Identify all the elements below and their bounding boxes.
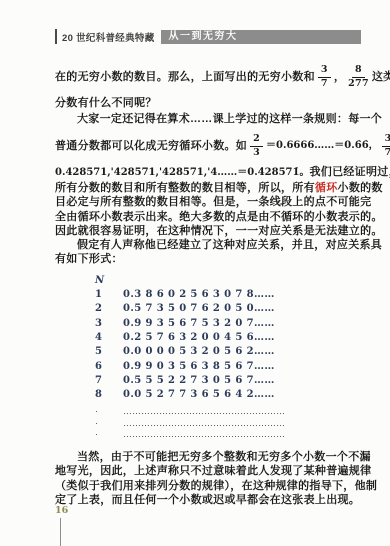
book-page: 20 世纪科普经典特藏 从一到无穷大 在的无穷小数的数目。那么，上面写出的无穷小… bbox=[0, 0, 390, 546]
text-line: （类似于我们用来排列分数的规律），在这种规律的指导下，他制 bbox=[55, 479, 363, 493]
paragraph-2: 大家一定还记得在算术……课上学过的这样一条规则：每一个 普通分数都可以化成无穷循… bbox=[55, 112, 363, 181]
text-line: 在的无穷小数的数目。那么，上面写出的无穷小数和 3 7 ， 8 277 这类 bbox=[55, 62, 363, 92]
table-row: 10.3 8 6 0 2 5 6 3 0 7 8…… bbox=[55, 288, 363, 302]
equation-line: 0.428571,'428571,'428571,'4……＝0.4̇28571̇… bbox=[55, 165, 363, 180]
equation-line: 普通分数都可以化成无穷循环小数。如 2 3 ＝0.6666……＝0.6̇6̇， … bbox=[55, 131, 363, 161]
paragraph-4: 假定有人声称他已经建立了这种对应关系，并且，对应关系具 有如下形式： bbox=[55, 238, 363, 267]
footer-rule bbox=[60, 518, 61, 546]
text-line: 有如下形式： bbox=[55, 252, 363, 266]
page-header: 20 世纪科普经典特藏 从一到无穷大 bbox=[55, 29, 361, 44]
book-title-bar: 从一到无穷大 bbox=[161, 30, 361, 44]
text-line: 因此就很容易证明，在这种情况下，一一对应关系是无法建立的。 bbox=[55, 224, 363, 238]
series-title: 20 世纪科普经典特藏 bbox=[62, 30, 155, 44]
ellipsis-row: ·……………………………………………… bbox=[55, 429, 363, 441]
paragraph-3: 所有分数的数目和所有整数的数目相等，所以，所有循环小数的数 目必定与所有整数的数… bbox=[55, 181, 363, 239]
table-body: 10.3 8 6 0 2 5 6 3 0 7 8…… 20.5 7 3 5 0 … bbox=[55, 288, 363, 403]
decimal-table: N 10.3 8 6 0 2 5 6 3 0 7 8…… 20.5 7 3 5 … bbox=[55, 274, 363, 441]
paragraph-5: 当然，由于不可能把无穷多个整数和无穷多个小数一个不漏 地写光，因此，上述声称只不… bbox=[55, 450, 363, 508]
table-row: 30.9 9 3 5 6 7 5 3 2 0 7…… bbox=[55, 317, 363, 331]
fraction-2-3: 2 3 bbox=[250, 134, 263, 159]
table-row: 50.0 0 0 0 5 3 2 0 5 6 2…… bbox=[55, 345, 363, 359]
text-line: 当然，由于不可能把无穷多个整数和无穷多个小数一个不漏 bbox=[55, 450, 363, 464]
text-line: 定了上表，而且任何一个小数或迟或早都会在这张表上出现。 bbox=[55, 493, 363, 507]
table-header-N: N bbox=[95, 274, 363, 287]
page-number: 16 bbox=[55, 505, 68, 516]
text-line: 地写光，因此，上述声称只不过意味着此人发现了某种普遍规律 bbox=[55, 464, 363, 478]
text-line: 所有分数的数目和所有整数的数目相等，所以，所有循环小数的数 bbox=[55, 181, 363, 195]
text-line: 大家一定还记得在算术……课上学过的这样一条规则：每一个 bbox=[55, 112, 363, 126]
fraction-3-7: 3 7 bbox=[318, 65, 331, 90]
table-row: 40.2 5 7 6 3 2 0 0 4 5 6…… bbox=[55, 331, 363, 345]
text-line: 目必定与所有整数的数目相等。但是，一条线段上的点不可能完 bbox=[55, 195, 363, 209]
text-line: 假定有人声称他已经建立了这种对应关系，并且，对应关系具 bbox=[55, 238, 363, 252]
ellipsis-row: ·……………………………………………… bbox=[55, 418, 363, 430]
ellipsis-row: ·……………………………………………… bbox=[55, 406, 363, 418]
table-row: 80.0 5 2 7 7 3 6 5 6 4 2…… bbox=[55, 388, 363, 402]
header-rule bbox=[55, 29, 57, 44]
text-line: 分数有什么不同呢？ bbox=[55, 96, 363, 110]
highlighted-term: 循环 bbox=[315, 182, 338, 194]
table-row: 20.5 7 3 5 0 7 6 2 0 5 0…… bbox=[55, 302, 363, 316]
fraction-3-7: 3 7 bbox=[382, 134, 390, 159]
text-line: 全由循环小数表示出来。绝大多数的点是由不循环的小数表示的。 bbox=[55, 210, 363, 224]
table-row: 70.5 5 5 2 2 7 3 0 5 6 7…… bbox=[55, 374, 363, 388]
fraction-8-277: 8 277 bbox=[348, 65, 369, 90]
paragraph-1: 在的无穷小数的数目。那么，上面写出的无穷小数和 3 7 ， 8 277 这类 分… bbox=[55, 62, 363, 110]
table-row: 60.9 9 0 3 5 6 3 8 5 6 7…… bbox=[55, 360, 363, 374]
table-ellipsis-rows: ·……………………………………………… ·……………………………………………… … bbox=[55, 406, 363, 441]
